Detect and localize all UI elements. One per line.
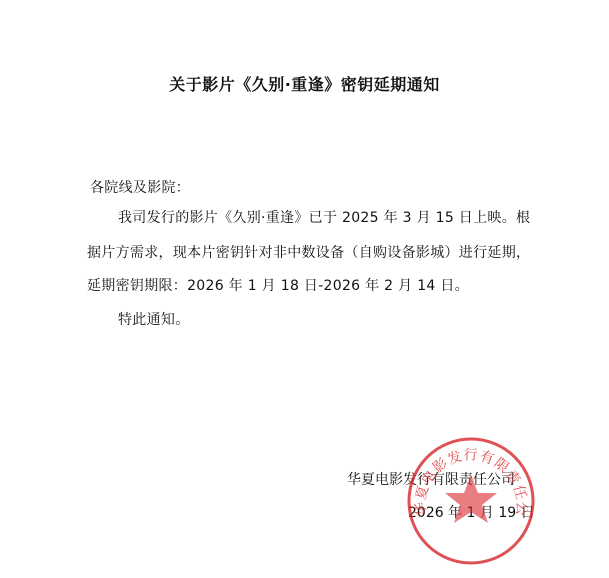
document-title: 关于影片《久别·重逢》密钥延期通知 <box>0 72 609 95</box>
salutation: 各院线及影院： <box>90 177 190 197</box>
body-line-1: 我司发行的影片《久别·重逢》已于 2025 年 3 月 15 日上映。根 <box>118 207 530 227</box>
body-line-2: 据片方需求，现本片密钥针对非中数设备（自购设备影城）进行延期， <box>87 242 530 262</box>
company-seal-icon: 华夏电影发行有限责任公司 <box>405 435 537 567</box>
closing-text: 特此通知。 <box>118 309 190 329</box>
body-line-3: 延期密钥期限：2026 年 1 月 18 日-2026 年 2 月 14 日。 <box>87 275 469 295</box>
